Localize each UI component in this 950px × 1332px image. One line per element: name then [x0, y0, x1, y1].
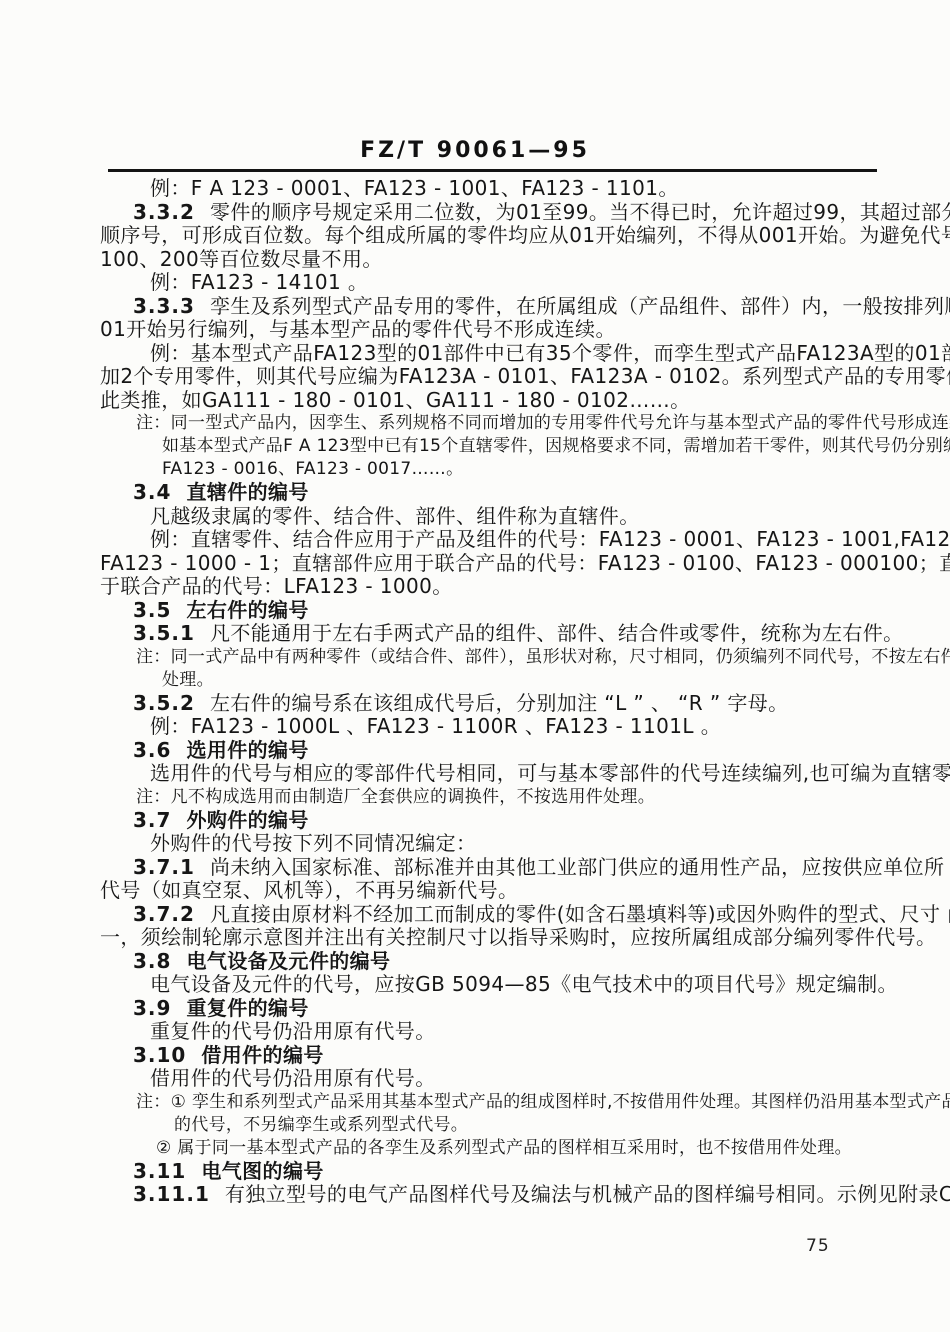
clause-text: 零件的顺序号规定采用二位数，为01至99。当不得已时，允许超过99，其超过部分的…: [210, 200, 950, 224]
clause-title: 电气图的编号: [201, 1159, 323, 1183]
note-line: 注：同一型式产品内，因孪生、系列规格不同而增加的专用零件代号允许与基本型式产品的…: [100, 412, 880, 435]
note-line: 处理。: [100, 669, 880, 692]
clause-number: 3.7: [133, 808, 171, 832]
clause-3-11-heading: 3.11电气图的编号: [100, 1160, 880, 1184]
body-line: 代号（如真空泵、风机等），不再另编新代号。: [100, 879, 880, 903]
clause-3-5-2: 3.5.2左右件的编号系在该组成代号后，分别加注 “L ” 、 “R ” 字母。: [100, 692, 880, 716]
clause-title: 直辖件的编号: [186, 480, 308, 504]
clause-3-6-heading: 3.6选用件的编号: [100, 739, 880, 763]
body-line: 借用件的代号仍沿用原有代号。: [100, 1067, 880, 1091]
body-line: 重复件的代号仍沿用原有代号。: [100, 1020, 880, 1044]
clause-number: 3.8: [133, 949, 171, 973]
body-line: 于联合产品的代号：LFA123 - 1000。: [100, 575, 880, 599]
document-body: 例：F A 123 - 0001、FA123 - 1001、FA123 - 11…: [100, 177, 880, 1207]
clause-text: 孪生及系列型式产品专用的零件，在所属组成（产品组件、部件）内，一般按排列顺序从: [210, 294, 950, 318]
example-line: 例：直辖零件、结合件应用于产品及组件的代号：FA123 - 0001、FA123…: [100, 528, 880, 552]
clause-number: 3.3.3: [133, 294, 195, 318]
example-line: 例：FA123 - 1000L 、FA123 - 1100R 、FA123 - …: [100, 715, 880, 739]
clause-title: 借用件的编号: [201, 1043, 323, 1067]
clause-3-7-heading: 3.7外购件的编号: [100, 809, 880, 833]
clause-number: 3.5.1: [133, 621, 195, 645]
body-line: 凡越级隶属的零件、结合件、部件、组件称为直辖件。: [100, 505, 880, 529]
body-line: 电气设备及元件的代号，应按GB 5094—85《电气技术中的项目代号》规定编制。: [100, 973, 880, 997]
clause-number: 3.10: [133, 1043, 186, 1067]
clause-3-5-1: 3.5.1凡不能通用于左右手两式产品的组件、部件、结合件或零件，统称为左右件。: [100, 622, 880, 646]
clause-title: 电气设备及元件的编号: [186, 949, 390, 973]
clause-3-11-1: 3.11.1有独立型号的电气产品图样代号及编法与机械产品的图样编号相同。示例见附…: [100, 1183, 880, 1207]
clause-number: 3.3.2: [133, 200, 195, 224]
body-line: 01开始另行编列，与基本型产品的零件代号不形成连续。: [100, 318, 880, 342]
clause-title: 选用件的编号: [186, 738, 308, 762]
note-line: ② 属于同一基本型式产品的各孪生及系列型式产品的图样相互采用时，也不按借用件处理…: [100, 1137, 880, 1160]
body-line: 加2个专用零件，则其代号应编为FA123A - 0101、FA123A - 01…: [100, 365, 880, 389]
clause-text: 凡直接由原材料不经加工而制成的零件(如含石墨填料等)或因外购件的型式、尺寸 尚未…: [210, 902, 950, 926]
clause-title: 重复件的编号: [186, 996, 308, 1020]
clause-number: 3.11: [133, 1159, 186, 1183]
clause-text: 凡不能通用于左右手两式产品的组件、部件、结合件或零件，统称为左右件。: [210, 621, 904, 645]
clause-number: 3.9: [133, 996, 171, 1020]
clause-3-4-heading: 3.4直辖件的编号: [100, 481, 880, 505]
example-line: 例：基本型式产品FA123型的01部件中已有35个零件，而孪生型式产品FA123…: [100, 342, 880, 366]
body-line: 100、200等百位数尽量不用。: [100, 248, 880, 272]
body-line: 顺序号，可形成百位数。每个组成所属的零件均应从01开始编列，不得从001开始。为…: [100, 224, 880, 248]
body-line: 一，须绘制轮廓示意图并注出有关控制尺寸以指导采购时，应按所属组成部分编列零件代号…: [100, 926, 880, 950]
clause-text: 尚未纳入国家标准、部标准并由其他工业部门供应的通用性产品，应按供应单位所 编列的: [210, 855, 950, 879]
note-line: 如基本型式产品F A 123型中已有15个直辖零件，因规格要求不同，需增加若干零…: [100, 435, 880, 458]
clause-text: 有独立型号的电气产品图样代号及编法与机械产品的图样编号相同。示例见附录C 。: [225, 1182, 950, 1206]
note-line: 注：① 孪生和系列型式产品采用其基本型式产品的组成图样时,不按借用件处理。其图样…: [100, 1091, 880, 1114]
clause-number: 3.5.2: [133, 691, 195, 715]
clause-3-5-heading: 3.5左右件的编号: [100, 599, 880, 623]
standard-code-header: FZ/T 90061—95: [0, 138, 950, 163]
clause-number: 3.7.1: [133, 855, 195, 879]
header-rule: [108, 169, 877, 172]
clause-3-10-heading: 3.10借用件的编号: [100, 1044, 880, 1068]
clause-text: 左右件的编号系在该组成代号后，分别加注 “L ” 、 “R ” 字母。: [210, 691, 789, 715]
clause-3-7-1: 3.7.1尚未纳入国家标准、部标准并由其他工业部门供应的通用性产品，应按供应单位…: [100, 856, 880, 880]
scanned-standard-page: FZ/T 90061—95 例：F A 123 - 0001、FA123 - 1…: [0, 0, 950, 1332]
note-line: 的代号，不另编孪生或系列型式代号。: [100, 1114, 880, 1137]
clause-number: 3.5: [133, 598, 171, 622]
body-line: 外购件的代号按下列不同情况编定：: [100, 832, 880, 856]
clause-3-7-2: 3.7.2凡直接由原材料不经加工而制成的零件(如含石墨填料等)或因外购件的型式、…: [100, 903, 880, 927]
clause-3-8-heading: 3.8电气设备及元件的编号: [100, 950, 880, 974]
page-number: 75: [806, 1236, 830, 1256]
body-line: 此类推，如GA111 - 180 - 0101、GA111 - 180 - 01…: [100, 389, 880, 413]
clause-title: 外购件的编号: [186, 808, 308, 832]
clause-number: 3.4: [133, 480, 171, 504]
note-line: 注：凡不构成选用而由制造厂全套供应的调换件，不按选用件处理。: [100, 786, 880, 809]
clause-3-3-3: 3.3.3孪生及系列型式产品专用的零件，在所属组成（产品组件、部件）内，一般按排…: [100, 295, 880, 319]
example-line: 例：F A 123 - 0001、FA123 - 1001、FA123 - 11…: [100, 177, 880, 201]
note-line: 注：同一式产品中有两种零件（或结合件、部件），虽形状对称，尺寸相同，仍须编列不同…: [100, 646, 880, 669]
example-line: 例：FA123 - 14101 。: [100, 271, 880, 295]
clause-number: 3.7.2: [133, 902, 195, 926]
clause-number: 3.11.1: [133, 1182, 210, 1206]
clause-number: 3.6: [133, 738, 171, 762]
body-line: FA123 - 1000 - 1；直辖部件应用于联合产品的代号：FA123 - …: [100, 552, 880, 576]
body-line: 选用件的代号与相应的零部件代号相同，可与基本零部件的代号连续编列,也可编为直辖零…: [100, 762, 880, 786]
clause-title: 左右件的编号: [186, 598, 308, 622]
clause-3-9-heading: 3.9重复件的编号: [100, 997, 880, 1021]
note-line: FA123 - 0016、FA123 - 0017……。: [100, 458, 880, 481]
clause-3-3-2: 3.3.2零件的顺序号规定采用二位数，为01至99。当不得已时，允许超过99，其…: [100, 201, 880, 225]
